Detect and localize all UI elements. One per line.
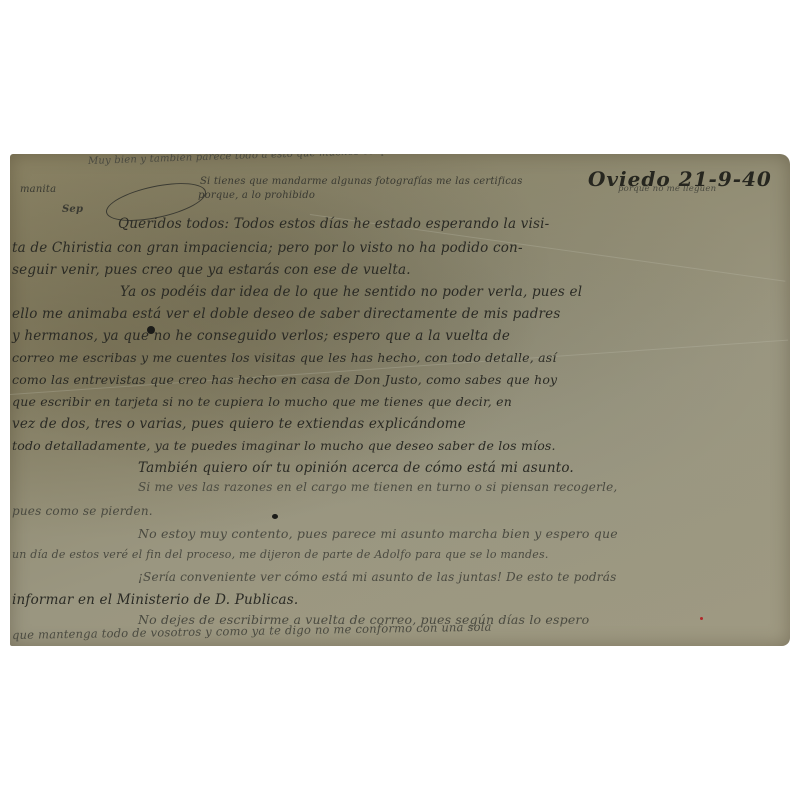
letter-line-13: Si me ves las razones en el cargo me tie… <box>138 480 617 494</box>
ink-blot <box>272 514 278 519</box>
letter-line-9: que escribir en tarjeta si no te cupiera… <box>12 394 512 409</box>
side-note-left-2: Sep <box>62 204 83 215</box>
top-margin-note: Muy bien y también parece todo a esto qu… <box>88 154 412 167</box>
letter-line-1: Queridos todos: Todos estos días he esta… <box>118 216 549 232</box>
letter-line-12: También quiero oír tu opinión acerca de … <box>138 460 574 476</box>
letter-line-3: seguir venir, pues creo que ya estarás c… <box>12 262 411 278</box>
letter-line-7: correo me escribas y me cuentes los visi… <box>12 350 557 365</box>
postcard: Muy bien y también parece todo a esto qu… <box>10 154 790 646</box>
letter-line-6: y hermanos, ya que no he conseguido verl… <box>12 328 510 344</box>
letter-line-10: vez de dos, tres o varias, pues quiero t… <box>12 416 466 432</box>
place-date: Oviedo 21-9-40 <box>588 167 772 191</box>
ink-blot <box>147 326 155 334</box>
letter-line-2: ta de Chiristia con gran impaciencia; pe… <box>12 240 523 256</box>
aside-note-line-1: Si tienes que mandarme algunas fotografí… <box>200 176 523 187</box>
side-note-left: manita <box>20 184 56 195</box>
letter-line-17: ¡Sería conveniente ver cómo está mi asun… <box>138 570 616 584</box>
letter-line-14: pues como se pierden. <box>12 504 153 518</box>
letter-line-4: Ya os podéis dar idea de lo que he senti… <box>120 284 582 300</box>
letter-line-15: No estoy muy contento, pues parece mi as… <box>138 526 618 541</box>
letter-line-18: informar en el Ministerio de D. Publicas… <box>12 592 298 608</box>
letter-line-11: todo detalladamente, ya te puedes imagin… <box>12 438 556 453</box>
red-ink-spot <box>700 617 703 620</box>
letter-line-5: ello me animaba está ver el doble deseo … <box>12 306 561 322</box>
letter-line-16: un día de estos veré el fin del proceso,… <box>12 548 549 561</box>
letter-line-8: como las entrevistas que creo has hecho … <box>12 372 557 387</box>
aside-note-line-2: porque, a lo prohibido <box>198 190 315 201</box>
